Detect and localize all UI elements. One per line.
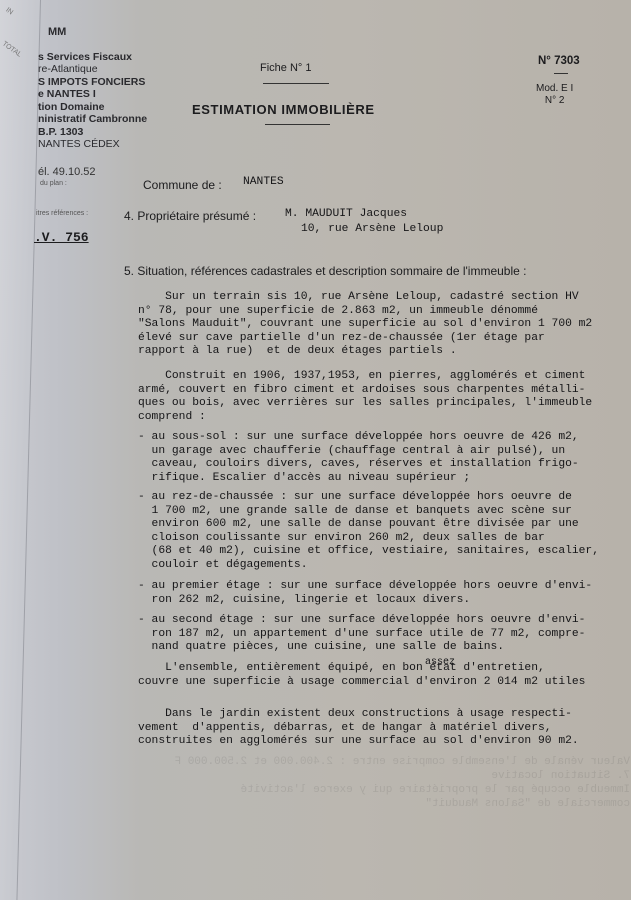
folded-previous-page: IN TOTAL (0, 0, 41, 900)
owner-name: M. MAUDUIT Jacques (285, 207, 443, 222)
divider (554, 73, 568, 74)
bleed-through-text: Valeur vénale de l'ensemble comprise ent… (70, 755, 630, 811)
addressee: MM (48, 26, 147, 39)
fold-label: IN (4, 7, 14, 17)
divider (263, 83, 329, 84)
model-line: N° 2 (536, 95, 573, 107)
fiche-number: Fiche N° 1 (260, 62, 311, 74)
office-line: e NANTES I (38, 88, 147, 101)
other-references-label: itres références : (36, 210, 88, 217)
divider (265, 124, 330, 125)
description-paragraph: Sur un terrain sis 10, rue Arsène Leloup… (138, 291, 628, 359)
model-reference: Mod. E I N° 2 (536, 83, 573, 107)
summary-paragraph: L'ensemble, entièrement équipé, en bon é… (138, 662, 628, 689)
list-item-first-floor: - au premier étage : sur une surface dév… (138, 580, 628, 607)
plan-label: du plan : (40, 180, 67, 187)
owner-label: 4. Propriétaire présumé : (124, 209, 256, 223)
office-line: B.P. 1303 (38, 126, 147, 139)
model-line: Mod. E I (536, 83, 573, 95)
office-line: s Services Fiscaux (38, 51, 147, 64)
office-line: ninistratif Cambronne (38, 113, 147, 126)
document-title: ESTIMATION IMMOBILIÈRE (192, 102, 375, 117)
section-5-heading: 5. Situation, références cadastrales et … (124, 264, 526, 278)
office-line: NANTES CÉDEX (38, 138, 147, 151)
office-address-block: MM s Services Fiscaux re-Atlantique S IM… (38, 26, 147, 151)
document-page: IN TOTAL MM s Services Fiscaux re-Atlant… (0, 0, 631, 900)
garden-paragraph: Dans le jardin existent deux constructio… (138, 708, 628, 749)
document-number: N° 7303 (538, 55, 580, 67)
list-item-second-floor: - au second étage : sur une surface déve… (138, 614, 628, 655)
list-item-basement: - au sous-sol : sur une surface développ… (138, 431, 628, 485)
office-line: re-Atlantique (38, 63, 147, 76)
owner-value: M. MAUDUIT Jacques 10, rue Arsène Leloup (285, 207, 443, 237)
office-line: S IMPOTS FONCIERS (38, 76, 147, 89)
construction-paragraph: Construit en 1906, 1937,1953, en pierres… (138, 370, 628, 424)
office-line: tion Domaine (38, 101, 147, 114)
owner-address: 10, rue Arsène Leloup (285, 222, 443, 237)
list-item-ground-floor: - au rez-de-chaussée : sur une surface d… (138, 491, 628, 573)
fold-label: TOTAL (1, 40, 23, 58)
telephone: él. 49.10.52 (38, 166, 96, 178)
reference-number: .V. 756 (34, 230, 89, 245)
commune-value: NANTES (243, 176, 284, 190)
commune-label: Commune de : (143, 178, 222, 192)
